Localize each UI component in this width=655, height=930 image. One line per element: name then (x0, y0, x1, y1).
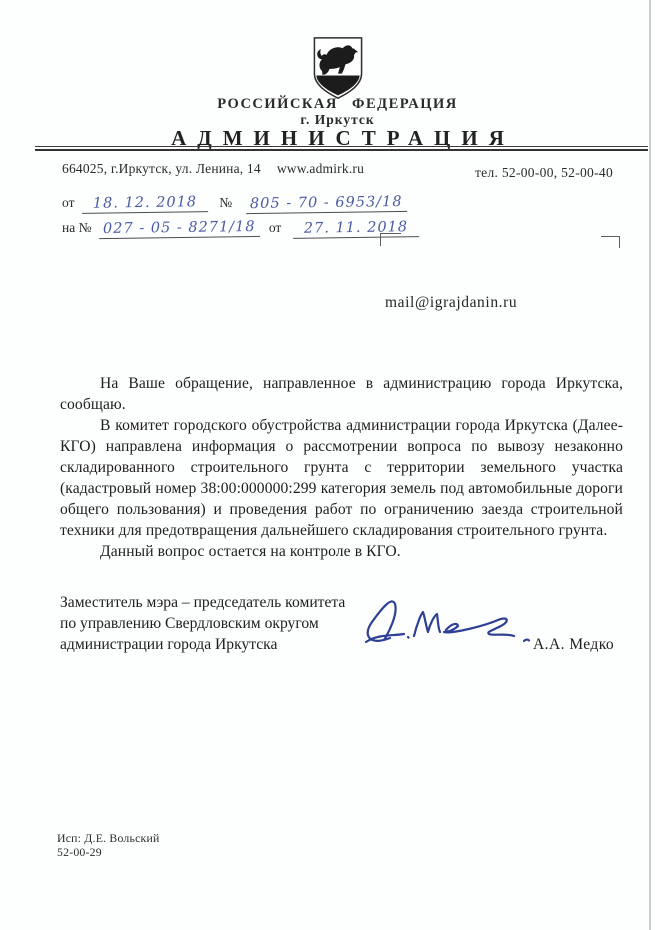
signer-position-line: администрации города Иркутска (60, 634, 390, 655)
corner-mark-right (601, 236, 620, 248)
body-paragraph: Данный вопрос остается на контроле в КГО… (60, 541, 623, 562)
signer-position-line: по управлению Свердловским округом (60, 613, 390, 634)
signer-position: Заместитель мэра – председатель комитета… (60, 592, 390, 655)
signer-position-line: Заместитель мэра – председатель комитета (60, 592, 390, 613)
phone-line: тел. 52-00-00, 52-00-40 (475, 165, 613, 181)
ref-reply-label: на № (62, 220, 91, 235)
letter-body: На Ваше обращение, направленное в админи… (60, 373, 623, 562)
body-paragraph: В комитет городского обустройства админи… (60, 415, 623, 541)
executor-block: Исп: Д.Е. Вольский 52-00-29 (57, 831, 159, 859)
scan-edge (649, 0, 651, 930)
signer-name: А.А. Медко (533, 636, 614, 654)
signature-ink-icon (356, 588, 540, 662)
executor-name: Исп: Д.Е. Вольский (57, 831, 159, 845)
country-name: РОССИЙСКАЯ ФЕДЕРАЦИЯ (35, 96, 640, 113)
incoming-reference-row: на № 027 - 05 - 8271/18 от 27. 11. 2018 (62, 220, 419, 238)
postal-address: 664025, г.Иркутск, ул. Ленина, 14 (62, 161, 261, 176)
corner-mark-left (380, 233, 401, 246)
outgoing-reference-row: от 18. 12. 2018 № 805 - 70 - 6953/18 (62, 195, 406, 213)
incoming-number-handwritten: 027 - 05 - 8271/18 (99, 219, 260, 239)
recipient-email: mail@igrajdanin.ru (385, 294, 517, 312)
ref-from-label: от (62, 195, 74, 210)
ref-number-label: № (219, 195, 232, 210)
executor-phone: 52-00-29 (57, 845, 159, 859)
outgoing-number-handwritten: 805 - 70 - 6953/18 (245, 194, 406, 214)
outgoing-date-handwritten: 18. 12. 2018 (82, 194, 208, 214)
header-divider (35, 146, 648, 151)
website-text: www.admirk.ru (277, 161, 364, 176)
ref-reply-from-label: от (269, 220, 281, 235)
address-line: 664025, г.Иркутск, ул. Ленина, 14www.adm… (62, 161, 364, 177)
body-paragraph: На Ваше обращение, направленное в админи… (60, 373, 623, 415)
scanned-letter: РОССИЙСКАЯ ФЕДЕРАЦИЯ г. Иркутск АДМИНИСТ… (0, 0, 655, 930)
